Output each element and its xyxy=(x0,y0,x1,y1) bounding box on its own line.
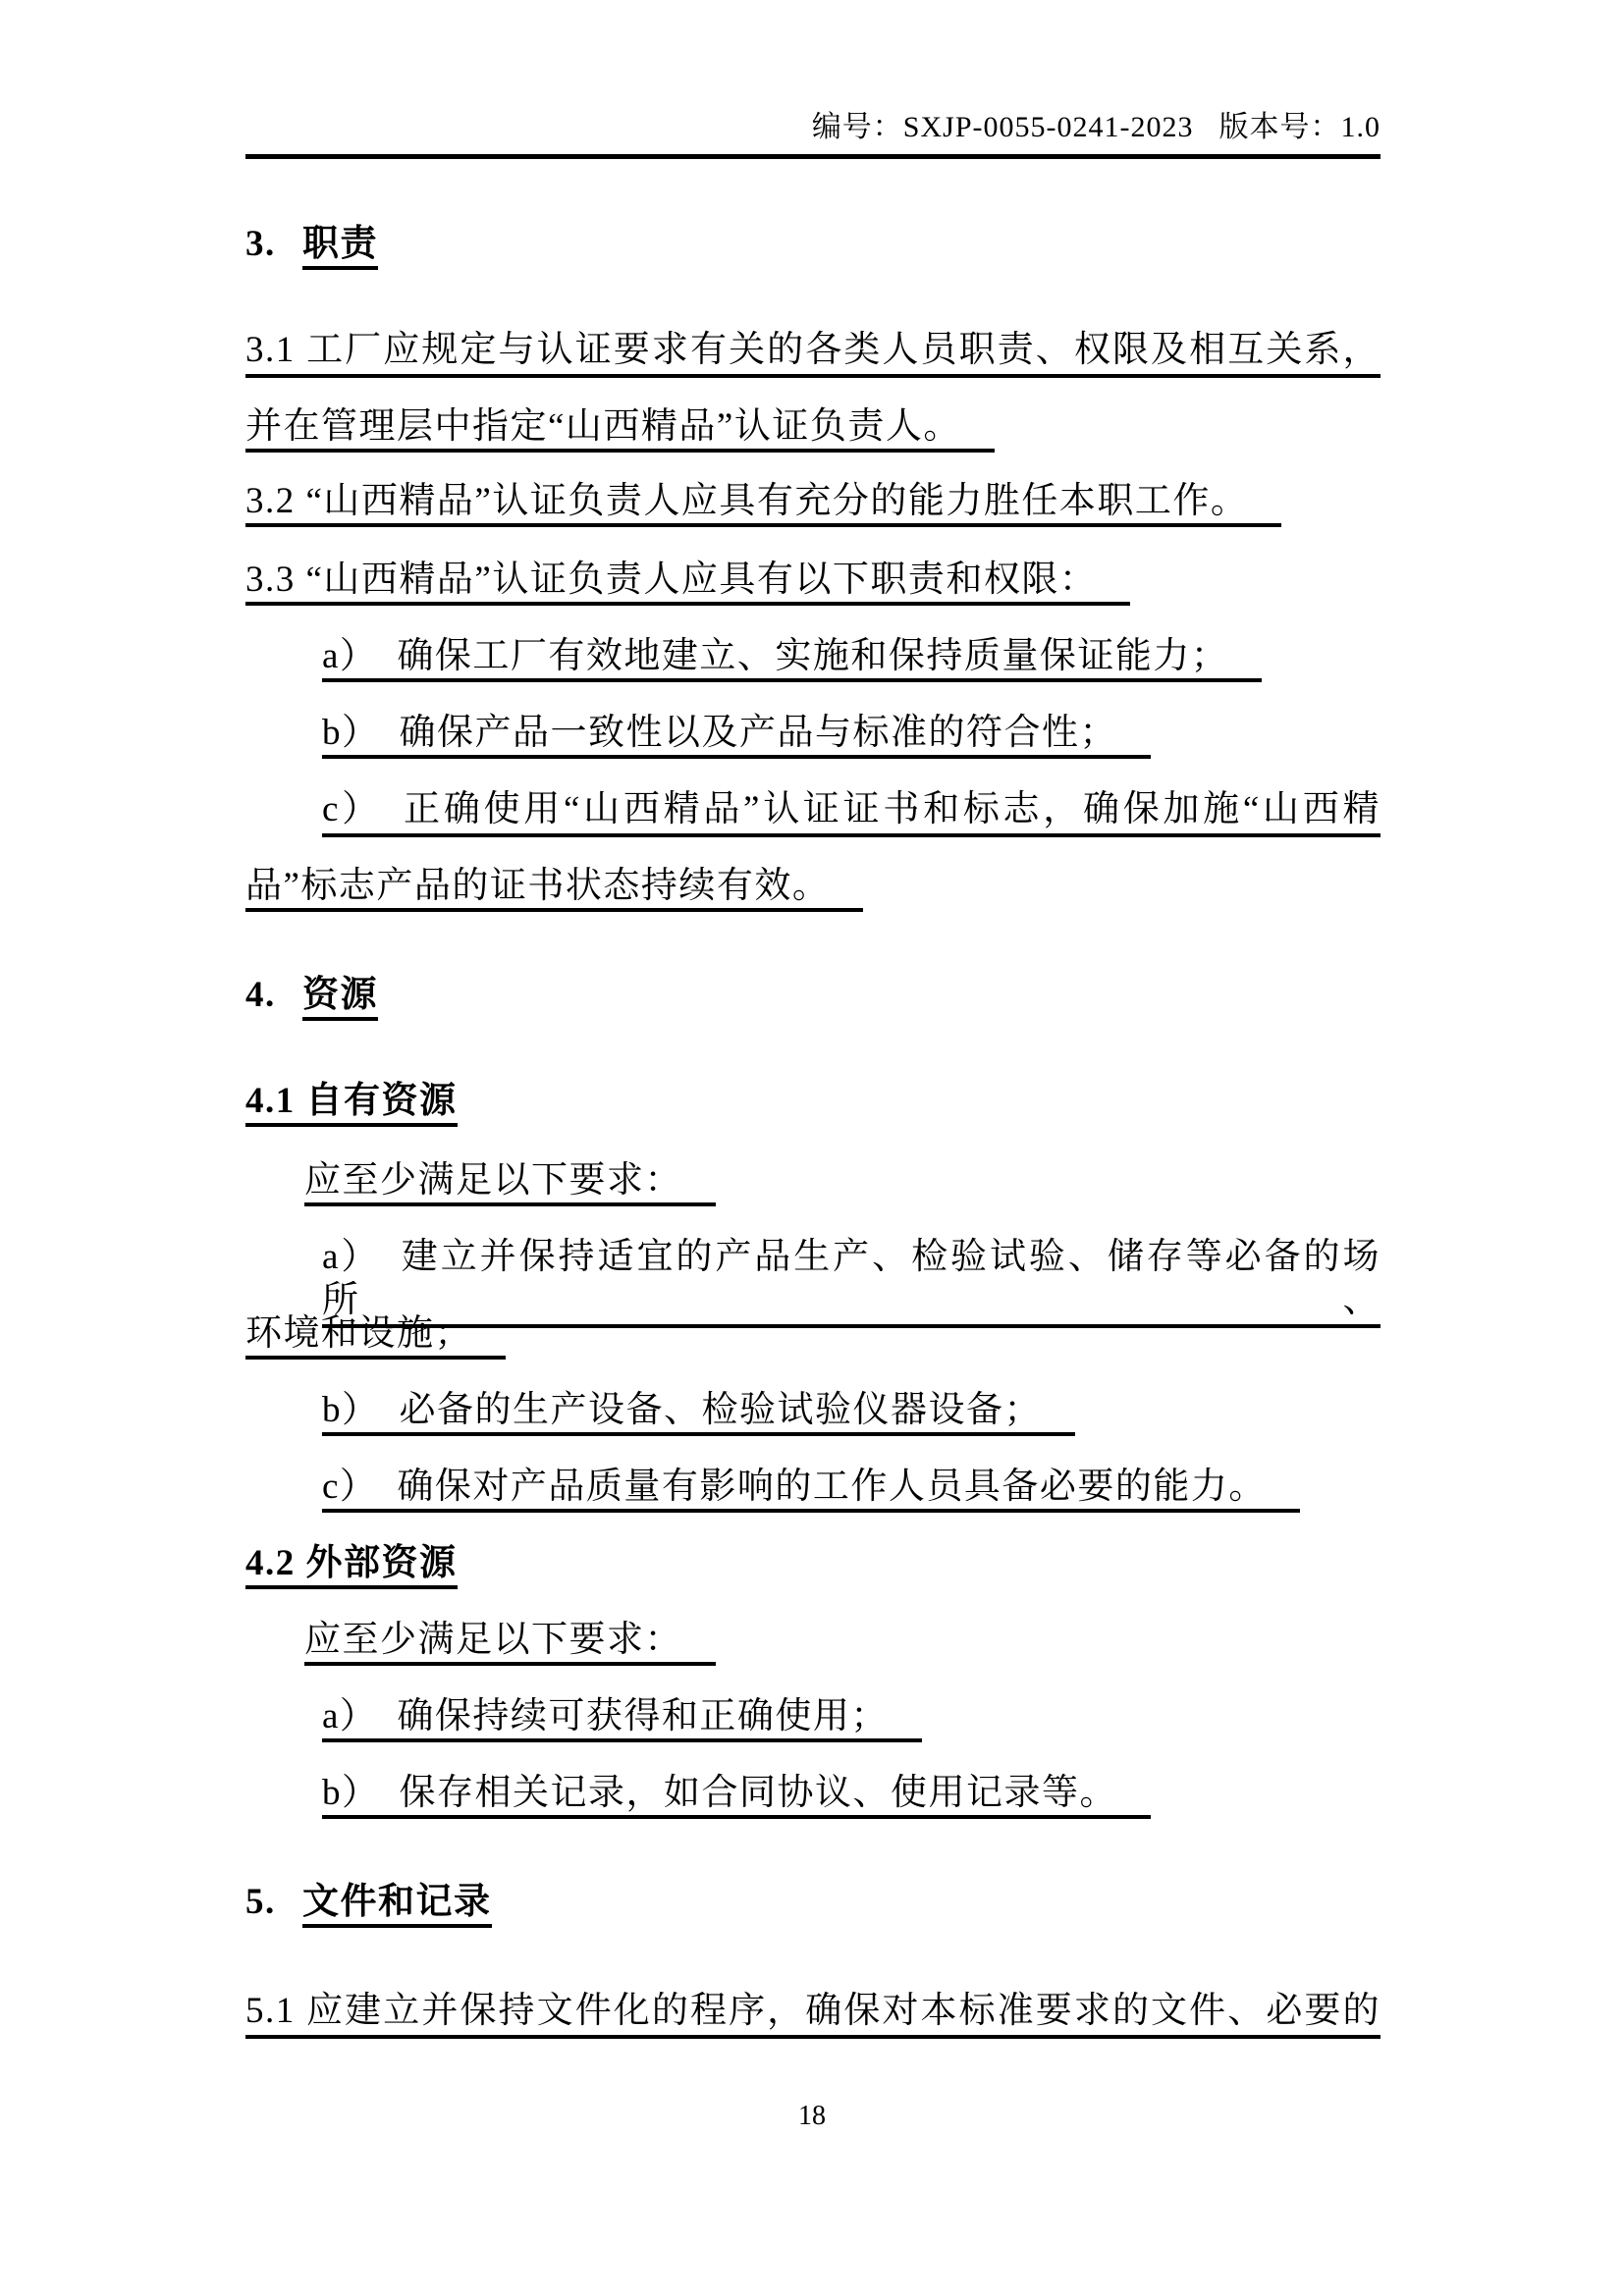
paragraph-3-1-line-1: 3.1 工厂应规定与认证要求有关的各类人员职责、权限及相互关系， xyxy=(245,329,1380,378)
section-5-heading: 5.文件和记录 xyxy=(245,1881,1380,1924)
section-3-title: 职责 xyxy=(302,224,378,270)
paragraph-text: 3.1 工厂应规定与认证要求有关的各类人员职责、权限及相互关系， xyxy=(245,329,1380,378)
section-3-heading: 3.职责 xyxy=(245,223,1380,266)
paragraph-text: 5.1 应建立并保持文件化的程序，确保对本标准要求的文件、必要的 xyxy=(245,1990,1380,2039)
list-item-4-1-a-line-2: 环境和设施； xyxy=(245,1312,1380,1356)
list-item-3-3-b: b） 确保产品一致性以及产品与标准的符合性； xyxy=(322,712,1380,755)
document-page: 编号：SXJP-0055-0241-2023版本号：1.0 3.职责 3.1 工… xyxy=(0,0,1624,2296)
paragraph-4-1-intro: 应至少满足以下要求： xyxy=(304,1159,1380,1202)
list-item-4-2-a: a） 确保持续可获得和正确使用； xyxy=(322,1695,1380,1738)
list-item-text: 环境和设施； xyxy=(245,1313,506,1360)
page-number: 18 xyxy=(0,2100,1624,2133)
paragraph-text: 3.3 “山西精品”认证负责人应具有以下职责和权限： xyxy=(245,560,1130,606)
list-item-text: b） 必备的生产设备、检验试验仪器设备； xyxy=(322,1390,1075,1436)
list-item-3-3-c-line-1: c） 正确使用“山西精品”认证证书和标志，确保加施“山西精 xyxy=(322,788,1380,837)
paragraph-text: 并在管理层中指定“山西精品”认证负责人。 xyxy=(245,406,995,453)
list-item-text: b） 确保产品一致性以及产品与标准的符合性； xyxy=(322,713,1151,759)
list-item-text: b） 保存相关记录，如合同协议、使用记录等。 xyxy=(322,1773,1151,1819)
paragraph-text: 3.2 “山西精品”认证负责人应具有充分的能力胜任本职工作。 xyxy=(245,481,1281,527)
list-item-text: c） 正确使用“山西精品”认证证书和标志，确保加施“山西精 xyxy=(322,788,1380,837)
section-4-heading: 4.资源 xyxy=(245,974,1380,1017)
section-3-number: 3. xyxy=(245,223,302,266)
paragraph-text: 应至少满足以下要求： xyxy=(304,1620,716,1666)
subsection-title: 4.2 外部资源 xyxy=(245,1543,458,1589)
list-item-4-1-c: c） 确保对产品质量有影响的工作人员具备必要的能力。 xyxy=(322,1466,1380,1509)
paragraph-text: 应至少满足以下要求： xyxy=(304,1160,716,1206)
section-5-title: 文件和记录 xyxy=(302,1882,492,1928)
list-item-text: a） 确保持续可获得和正确使用； xyxy=(322,1696,922,1742)
document-body: 3.职责 3.1 工厂应规定与认证要求有关的各类人员职责、权限及相互关系， 并在… xyxy=(245,0,1380,2296)
paragraph-4-2-intro: 应至少满足以下要求： xyxy=(304,1619,1380,1662)
section-4-title: 资源 xyxy=(302,975,378,1021)
paragraph-5-1-line-1: 5.1 应建立并保持文件化的程序，确保对本标准要求的文件、必要的 xyxy=(245,1990,1380,2039)
list-item-text: c） 确保对产品质量有影响的工作人员具备必要的能力。 xyxy=(322,1467,1300,1513)
section-4-number: 4. xyxy=(245,974,302,1017)
list-item-text: a） 确保工厂有效地建立、实施和保持质量保证能力； xyxy=(322,636,1262,682)
list-item-text: 品”标志产品的证书状态持续有效。 xyxy=(245,866,863,912)
paragraph-3-2: 3.2 “山西精品”认证负责人应具有充分的能力胜任本职工作。 xyxy=(245,480,1380,523)
paragraph-3-1-line-2: 并在管理层中指定“山西精品”认证负责人。 xyxy=(245,405,1380,449)
list-item-4-1-b: b） 必备的生产设备、检验试验仪器设备； xyxy=(322,1389,1380,1432)
subsection-4-1-heading: 4.1 自有资源 xyxy=(245,1080,1380,1123)
list-item-3-3-c-line-2: 品”标志产品的证书状态持续有效。 xyxy=(245,865,1380,908)
subsection-title: 4.1 自有资源 xyxy=(245,1081,458,1127)
list-item-3-3-a: a） 确保工厂有效地建立、实施和保持质量保证能力； xyxy=(322,635,1380,678)
paragraph-3-3: 3.3 “山西精品”认证负责人应具有以下职责和权限： xyxy=(245,559,1380,602)
list-item-4-2-b: b） 保存相关记录，如合同协议、使用记录等。 xyxy=(322,1772,1380,1815)
subsection-4-2-heading: 4.2 外部资源 xyxy=(245,1542,1380,1585)
section-5-number: 5. xyxy=(245,1881,302,1924)
